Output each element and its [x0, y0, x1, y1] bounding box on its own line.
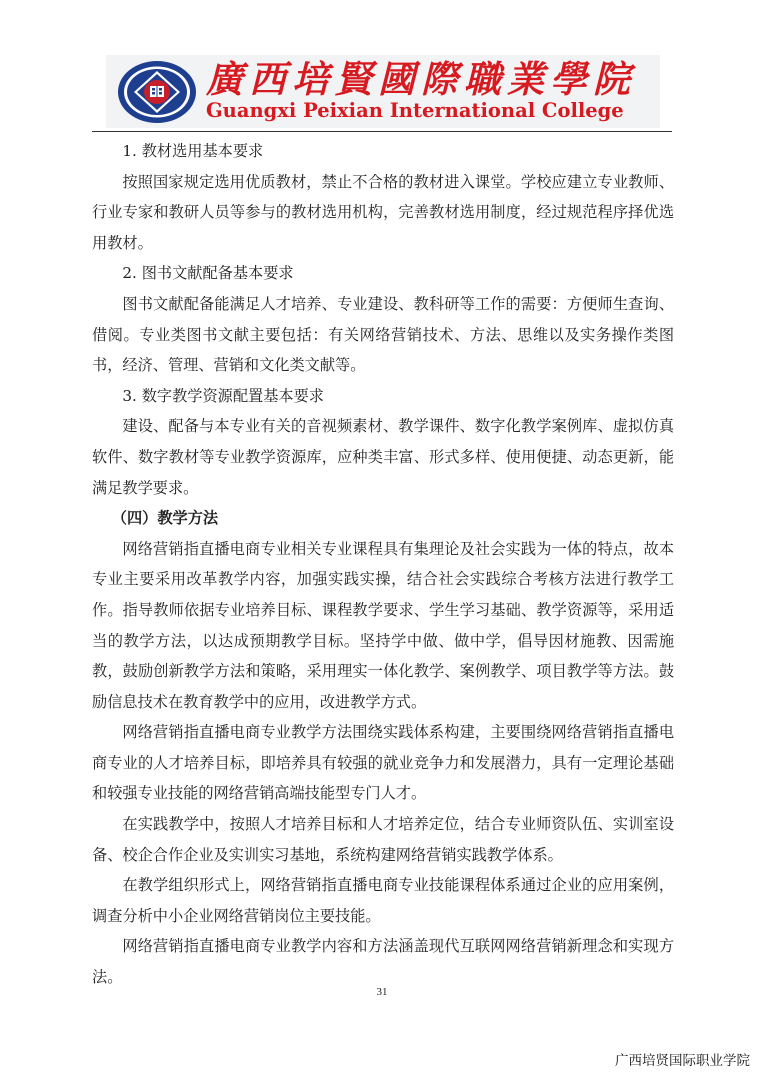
section-heading-teaching-methods: （四）教学方法 — [92, 503, 674, 534]
header-banner: 廣西培賢國際職業學院 Guangxi Peixian International… — [106, 55, 660, 128]
paragraph: 按照国家规定选用优质教材，禁止不合格的教材进入课堂。学校应建立专业教师、行业专家… — [92, 167, 674, 259]
paragraph: 图书文献配备能满足人才培养、专业建设、教科研等工作的需要：方便师生查询、借阅。专… — [92, 289, 674, 381]
paragraph: 网络营销指直播电商专业教学方法围绕实践体系构建，主要围绕网络营销指直播电商专业的… — [92, 717, 674, 809]
paragraph: 建设、配备与本专业有关的音视频素材、教学课件、数字化教学案例库、虚拟仿真软件、数… — [92, 411, 674, 503]
college-title: 廣西培賢國際職業學院 Guangxi Peixian International… — [206, 57, 656, 123]
paragraph: 网络营销指直播电商专业教学内容和方法涵盖现代互联网网络营销新理念和实现方法。 — [92, 931, 674, 992]
subheading-textbook-selection: 1. 教材选用基本要求 — [92, 136, 674, 167]
header-rule — [92, 131, 672, 132]
page-number: 31 — [0, 986, 764, 998]
college-title-cn: 廣西培賢國際職業學院 — [206, 57, 656, 101]
paragraph: 在教学组织形式上，网络营销指直播电商专业技能课程体系通过企业的应用案例，调查分析… — [92, 870, 674, 931]
footer-org-name: 广西培贤国际职业学院 — [615, 1049, 750, 1069]
document-body: 1. 教材选用基本要求 按照国家规定选用优质教材，禁止不合格的教材进入课堂。学校… — [92, 136, 674, 993]
subheading-library-resources: 2. 图书文献配备基本要求 — [92, 258, 674, 289]
subheading-digital-resources: 3. 数字教学资源配置基本要求 — [92, 381, 674, 412]
paragraph: 在实践教学中，按照人才培养目标和人才培养定位，结合专业师资队伍、实训室设备、校企… — [92, 809, 674, 870]
college-emblem-icon — [116, 59, 198, 125]
paragraph: 网络营销指直播电商专业相关专业课程具有集理论及社会实践为一体的特点，故本专业主要… — [92, 534, 674, 718]
college-title-en: Guangxi Peixian International College — [206, 99, 656, 123]
